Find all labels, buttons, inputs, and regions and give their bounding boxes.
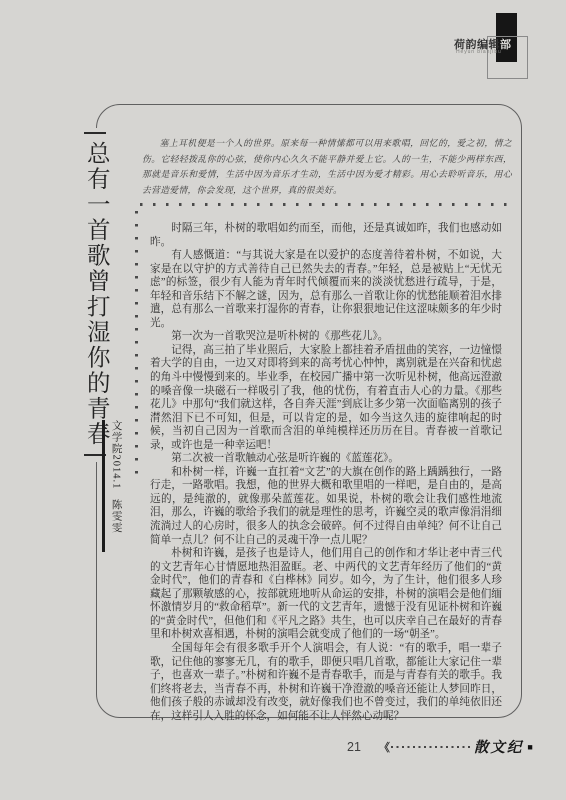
dotted-separator-horizontal bbox=[140, 203, 512, 206]
article-paragraph: 朴树和许巍，是孩子也是诗人，他们用自己的创作和才华让老中青三代的文艺青年心甘情愿… bbox=[150, 547, 502, 642]
dotted-separator-vertical bbox=[135, 211, 138, 483]
guillemet-mark: 《 bbox=[379, 739, 390, 755]
epigraph-text: 塞上耳机便是一个人的世界。原来每一种情愫都可以用来歌唱，回忆的，爱之初，情之伤。… bbox=[142, 136, 512, 198]
masthead-title-on-black: 部 bbox=[500, 39, 512, 51]
masthead-romanized: Heyun bianjibu bbox=[456, 49, 502, 55]
article-body: 时隔三年，朴树的歌唱如约而至，而他，还是真诚如昨，我们也感动如昨。 有人感慨道：… bbox=[150, 222, 502, 723]
byline-rule bbox=[102, 420, 105, 552]
article-paragraph: 全国每年会有很多歌手开个人演唱会，有人说：“有的歌手，唱一辈子歌，记住他的寥寥无… bbox=[150, 642, 502, 723]
article-paragraph: 第一次为一首歌哭泣是听朴树的《那些花儿》。 bbox=[150, 330, 502, 344]
article-paragraph: 时隔三年，朴树的歌唱如约而至，而他，还是真诚如昨，我们也感动如昨。 bbox=[150, 222, 502, 249]
article-paragraph: 和朴树一样，许巍一直扛着“文艺”的大旗在创作的路上踽踽独行，一路行走，一路歌唱。… bbox=[150, 466, 502, 547]
article-paragraph: 有人感慨道：“与其说大家是在以爱护的态度善待着朴树，不如说，大家是在以守护的方式… bbox=[150, 249, 502, 330]
end-square-mark: ■ bbox=[527, 742, 532, 752]
title-dash-top bbox=[84, 132, 106, 134]
page-number: 21 bbox=[347, 740, 361, 754]
article-title-block: 总有一首歌曾打湿你的青春 bbox=[56, 128, 134, 462]
footer-dotted-line bbox=[391, 746, 473, 748]
byline-affiliation: 文学院2014.1 bbox=[111, 420, 122, 489]
article-title: 总有一首歌曾打湿你的青春 bbox=[83, 141, 107, 447]
byline-text: 文学院2014.1陈雯雯 bbox=[109, 420, 122, 552]
section-name: 散文纪 bbox=[474, 736, 524, 757]
article-paragraph: 记得，高三拍了毕业照后，大家脸上都挂着矛盾扭曲的笑容，一边憧憬着大学的自由，一边… bbox=[150, 344, 502, 452]
byline-author: 陈雯雯 bbox=[111, 499, 122, 534]
page-footer: 21 《 散文纪 ■ bbox=[347, 736, 533, 757]
byline: 文学院2014.1陈雯雯 bbox=[102, 420, 122, 552]
magazine-page: 荷韵编辑部 Heyun bianjibu 塞上耳机便是一个人的世界。原来每一种情… bbox=[0, 0, 566, 800]
article-paragraph: 第二次被一首歌触动心弦是听许巍的《蓝莲花》。 bbox=[150, 452, 502, 466]
